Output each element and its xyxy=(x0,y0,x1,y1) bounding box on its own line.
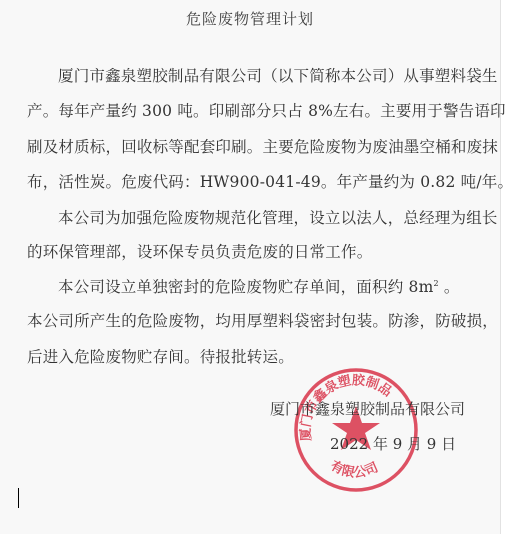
paragraph-line: 刷及材质标，回收标等配套印刷。主要危险废物为废油墨空桶和废抹 xyxy=(27,135,498,157)
paragraph-line: 后进入危险废物贮存间。待报批转运。 xyxy=(27,345,294,367)
document-page: 危险废物管理计划 厦门市鑫泉塑胶制品有限公司（以下简称本公司）从事塑料袋生 产。… xyxy=(0,0,501,534)
paragraph-line: 的环保管理部，设环保专员负责危废的日常工作。 xyxy=(27,240,372,262)
paragraph-line: 本公司所产生的危险废物，均用厚塑料袋密封包装。防渗，防破损， xyxy=(27,309,498,331)
signature-company: 厦门市鑫泉塑胶制品有限公司 xyxy=(270,398,465,419)
paragraph-line-area: 本公司设立单独密封的危险废物贮存单间，面积约 8m2 。 xyxy=(58,275,460,297)
paragraph-line: 产。每年产量约 300 吨。印刷部分只占 8%左右。主要用于警告语印 xyxy=(27,99,506,121)
document-title: 危险废物管理计划 xyxy=(0,8,500,29)
svg-text:有限公司: 有限公司 xyxy=(328,458,381,482)
text-cursor xyxy=(18,488,19,508)
signature-date: 2022 年 9 月 9 日 xyxy=(330,433,456,454)
paragraph-line: 布，活性炭。危废代码：HW900-041-49。年产量约为 0.82 吨/年。 xyxy=(27,170,506,192)
paragraph-line: 厦门市鑫泉塑胶制品有限公司（以下简称本公司）从事塑料袋生 xyxy=(58,64,498,86)
area-suffix: 。 xyxy=(439,278,460,296)
area-text: 本公司设立单独密封的危险废物贮存单间，面积约 8m xyxy=(58,278,434,296)
company-seal-stamp: 厦门市鑫泉塑胶制品 有限公司 xyxy=(292,366,420,494)
paragraph-line: 本公司为加强危险废物规范化管理，设立以法人，总经理为组长 xyxy=(58,206,498,228)
